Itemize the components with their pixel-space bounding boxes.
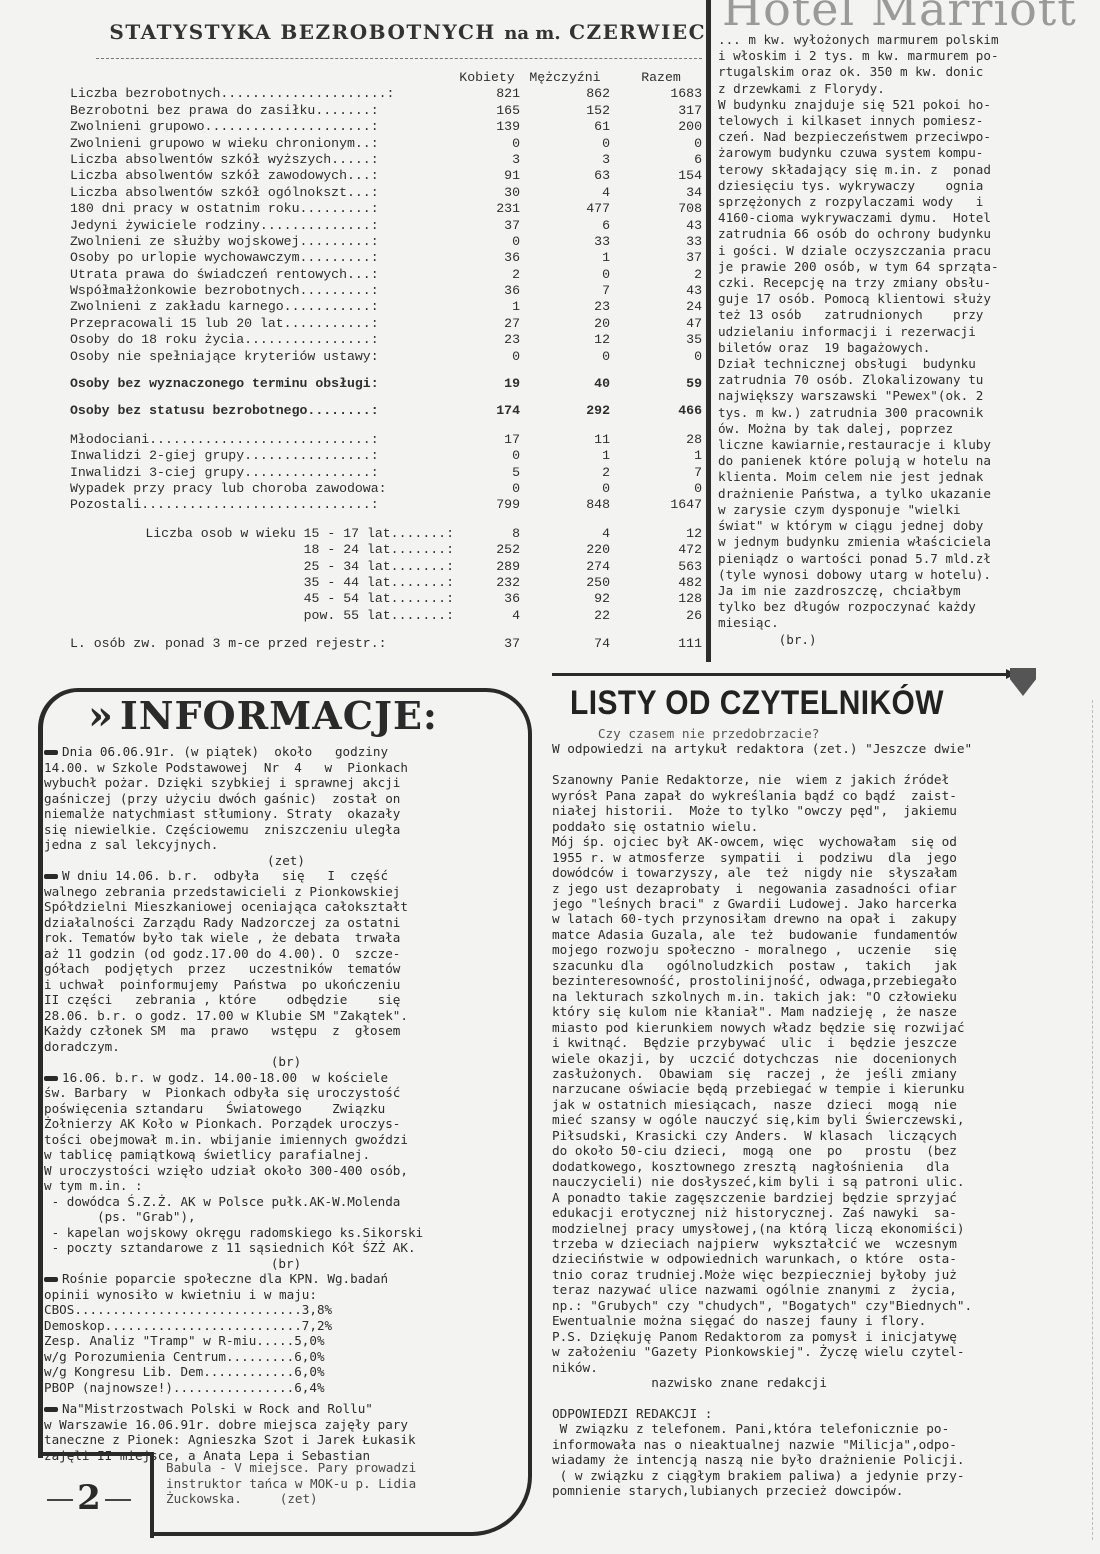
value-total: 708 xyxy=(620,201,702,217)
value-men: 1 xyxy=(520,250,620,266)
value-total: 1683 xyxy=(620,86,702,102)
value-women: 19 xyxy=(454,376,520,392)
row-label: L. osób zw. ponad 3 m-ce przed rejestr.: xyxy=(70,636,454,652)
row-label: 45 - 54 lat.......: xyxy=(70,591,454,607)
value-total: 482 xyxy=(620,575,702,591)
news-item-kpn-polls: Rośnie poparcie społeczne dla KPN. Wg.ba… xyxy=(44,1271,528,1395)
row-label: Zwolnieni z zakładu karnego...........: xyxy=(70,299,454,315)
row-label: 180 dni pracy w ostatnim roku.........: xyxy=(70,201,454,217)
stats-row: 180 dni pracy w ostatnim roku.........:2… xyxy=(70,201,702,217)
dashed-divider xyxy=(96,58,702,59)
row-label: Inwalidzi 2-giej grupy................: xyxy=(70,448,454,464)
stats-row: Utrata prawa do świadczeń rentowych...:2… xyxy=(70,267,702,283)
value-total: 472 xyxy=(620,542,702,558)
value-women: 8 xyxy=(454,526,520,542)
row-label: 25 - 34 lat.......: xyxy=(70,559,454,575)
row-label: Zwolnieni ze służby wojskowej.........: xyxy=(70,234,454,250)
page-number: 2 xyxy=(34,1478,144,1518)
value-total: 111 xyxy=(620,636,702,652)
value-women: 174 xyxy=(454,403,520,419)
value-men: 152 xyxy=(520,103,620,119)
value-total: 12 xyxy=(620,526,702,542)
value-men: 0 xyxy=(520,267,620,283)
row-label: Inwalidzi 3-ciej grupy................: xyxy=(70,465,454,481)
hotel-marriott-article: Hotel Marriott ... m kw. wyłożonych marm… xyxy=(718,0,1094,648)
stats-row: Osoby do 18 roku życia................:2… xyxy=(70,332,702,348)
value-men: 3 xyxy=(520,152,620,168)
value-women: 821 xyxy=(454,86,520,102)
editorial-reply-heading: ODPOWIEDZI REDAKCJI : xyxy=(552,1406,712,1421)
bullet-icon xyxy=(44,1277,58,1282)
value-men: 4 xyxy=(520,526,620,542)
value-men: 0 xyxy=(520,136,620,152)
value-total: 563 xyxy=(620,559,702,575)
row-label: Osoby nie spełniające kryteriów ustawy: xyxy=(70,349,454,365)
value-women: 37 xyxy=(454,218,520,234)
stats-age-row: 18 - 24 lat.......:252220472 xyxy=(70,542,702,558)
news-signature: (br) xyxy=(44,1256,528,1272)
value-total: 200 xyxy=(620,119,702,135)
row-label: Osoby po urlopie wychowawczym.........: xyxy=(70,250,454,266)
row-label: Wypadek przy pracy lub choroba zawodowa: xyxy=(70,481,454,497)
row-label: Pozostali.............................: xyxy=(70,497,454,513)
value-men: 11 xyxy=(520,432,620,448)
bullet-icon xyxy=(44,1407,58,1412)
row-label: Liczba osob w wieku 15 - 17 lat.......: xyxy=(70,526,454,542)
value-men: 292 xyxy=(520,403,620,419)
news-item-cooperative-meeting: W dniu 14.06. b.r. odbyła się I część wa… xyxy=(44,868,528,1070)
value-women: 36 xyxy=(454,283,520,299)
poll-results: CBOS..............................3,8% D… xyxy=(44,1302,332,1395)
value-men: 4 xyxy=(520,185,620,201)
article-title: Hotel Marriott xyxy=(718,0,1094,26)
news-item-fire: Dnia 06.06.91r. (w piątek) około godziny… xyxy=(44,744,528,868)
row-label: pow. 55 lat.......: xyxy=(70,608,454,624)
value-total: 35 xyxy=(620,332,702,348)
value-total: 43 xyxy=(620,218,702,234)
value-men: 61 xyxy=(520,119,620,135)
value-total: 128 xyxy=(620,591,702,607)
value-total: 26 xyxy=(620,608,702,624)
double-chevron-icon: » xyxy=(88,692,114,739)
letters-heading: LISTY OD CZYTELNIKÓW xyxy=(570,684,957,723)
value-men: 274 xyxy=(520,559,620,575)
bullet-icon xyxy=(44,1076,58,1081)
stats-row: Wypadek przy pracy lub choroba zawodowa:… xyxy=(70,481,702,497)
news-item-rock-and-roll: Na"Mistrzostwach Polski w Rock and Rollu… xyxy=(44,1401,528,1463)
value-men: 1 xyxy=(520,448,620,464)
value-men: 23 xyxy=(520,299,620,315)
row-label: Przepracowali 15 lub 20 lat...........: xyxy=(70,316,454,332)
value-total: 0 xyxy=(620,481,702,497)
value-men: 63 xyxy=(520,168,620,184)
stats-row: Liczba absolwentów szkół wyższych.....:3… xyxy=(70,152,702,168)
bullet-icon xyxy=(44,874,58,879)
stats-age-row: 25 - 34 lat.......:289274563 xyxy=(70,559,702,575)
stats-age-row: 35 - 44 lat.......:232250482 xyxy=(70,575,702,591)
value-total: 1647 xyxy=(620,497,702,513)
value-women: 1 xyxy=(454,299,520,315)
value-total: 317 xyxy=(620,103,702,119)
value-women: 23 xyxy=(454,332,520,348)
row-label: Zwolnieni grupowo w wieku chronionym..: xyxy=(70,136,454,152)
row-label: Bezrobotni bez prawa do zasiłku.......: xyxy=(70,103,454,119)
value-men: 862 xyxy=(520,86,620,102)
value-women: 37 xyxy=(454,636,520,652)
value-women: 5 xyxy=(454,465,520,481)
value-women: 2 xyxy=(454,267,520,283)
value-total: 154 xyxy=(620,168,702,184)
row-label: Osoby do 18 roku życia................: xyxy=(70,332,454,348)
informacje-body: Dnia 06.06.91r. (w piątek) około godziny… xyxy=(44,744,528,1463)
value-women: 0 xyxy=(454,448,520,464)
value-women: 0 xyxy=(454,349,520,365)
column-header-total: Razem xyxy=(620,70,702,86)
stats-row: Młodociani............................:1… xyxy=(70,432,702,448)
news-signature: (br) xyxy=(44,1054,528,1070)
value-total: 7 xyxy=(620,465,702,481)
letter-subtitle: Czy czasem nie przedobrzacie? xyxy=(552,726,819,741)
stats-row: Osoby nie spełniające kryteriów ustawy:0… xyxy=(70,349,702,365)
letter-signature: nazwisko znane redakcji xyxy=(552,1375,827,1390)
stats-row: Zwolnieni ze służby wojskowej.........:0… xyxy=(70,234,702,250)
value-total: 0 xyxy=(620,136,702,152)
value-women: 252 xyxy=(454,542,520,558)
stats-row: Liczba absolwentów szkół zawodowych...:9… xyxy=(70,168,702,184)
value-men: 7 xyxy=(520,283,620,299)
stats-header-row: . Kobiety Mężczyźni Razem xyxy=(70,70,702,86)
row-label: Jedyni żywiciele rodziny..............: xyxy=(70,218,454,234)
value-men: 477 xyxy=(520,201,620,217)
value-total: 24 xyxy=(620,299,702,315)
shield-icon xyxy=(1010,668,1036,696)
row-label: Osoby bez statusu bezrobotnego........: xyxy=(70,403,454,419)
value-men: 848 xyxy=(520,497,620,513)
article-body: ... m kw. wyłożonych marmurem polskim i … xyxy=(718,32,1094,648)
value-women: 139 xyxy=(454,119,520,135)
stats-age-row: Liczba osob w wieku 15 - 17 lat.......:8… xyxy=(70,526,702,542)
value-total: 6 xyxy=(620,152,702,168)
value-total: 33 xyxy=(620,234,702,250)
article-signature xyxy=(718,632,779,647)
row-label: Liczba absolwentów szkół zawodowych...: xyxy=(70,168,454,184)
stats-row: Bezrobotni bez prawa do zasiłku.......:1… xyxy=(70,103,702,119)
stats-row: Zwolnieni grupowo w wieku chronionym..:0… xyxy=(70,136,702,152)
column-header-men: Mężczyźni xyxy=(520,70,620,86)
value-men: 22 xyxy=(520,608,620,624)
value-women: 231 xyxy=(454,201,520,217)
value-women: 30 xyxy=(454,185,520,201)
stats-row-no-term: Osoby bez wyznaczonego terminu obsługi:1… xyxy=(70,376,702,392)
row-label: Liczba absolwentów szkół ogólnokszt...: xyxy=(70,185,454,201)
stats-row: Osoby po urlopie wychowawczym.........:3… xyxy=(70,250,702,266)
value-men: 33 xyxy=(520,234,620,250)
value-women: 3 xyxy=(454,152,520,168)
value-men: 220 xyxy=(520,542,620,558)
row-label: 18 - 24 lat.......: xyxy=(70,542,454,558)
value-women: 0 xyxy=(454,136,520,152)
value-women: 17 xyxy=(454,432,520,448)
value-women: 4 xyxy=(454,608,520,624)
value-men: 74 xyxy=(520,636,620,652)
column-divider xyxy=(706,0,711,662)
value-men: 40 xyxy=(520,376,620,392)
value-women: 0 xyxy=(454,481,520,497)
row-label: Młodociani............................: xyxy=(70,432,454,448)
value-total: 28 xyxy=(620,432,702,448)
news-signature: (zet) xyxy=(44,853,528,869)
stats-row: Liczba absolwentów szkół ogólnokszt...:3… xyxy=(70,185,702,201)
value-total: 43 xyxy=(620,283,702,299)
row-label: Osoby bez wyznaczonego terminu obsługi: xyxy=(70,376,454,392)
value-women: 0 xyxy=(454,234,520,250)
value-women: 36 xyxy=(454,591,520,607)
column-header-women: Kobiety xyxy=(454,70,520,86)
stats-row-registration: L. osób zw. ponad 3 m-ce przed rejestr.:… xyxy=(70,636,702,652)
value-men: 2 xyxy=(520,465,620,481)
arrow-rule xyxy=(552,673,1008,676)
value-men: 20 xyxy=(520,316,620,332)
row-label: Liczba bezrobotnych.....................… xyxy=(70,86,454,102)
value-men: 250 xyxy=(520,575,620,591)
letters-body: Czy czasem nie przedobrzacie? W odpowied… xyxy=(552,726,1097,1499)
value-women: 799 xyxy=(454,497,520,513)
stats-row: Jedyni żywiciele rodziny..............:3… xyxy=(70,218,702,234)
value-total: 466 xyxy=(620,403,702,419)
stats-row: Zwolnieni grupowo.....................:1… xyxy=(70,119,702,135)
stats-age-row: pow. 55 lat.......:42226 xyxy=(70,608,702,624)
informacje-heading: »INFORMACJE: xyxy=(88,692,528,739)
letter-lead: W odpowiedzi na artykuł redaktora (zet.)… xyxy=(552,741,972,756)
rock-and-roll-continued: Babula - V miejsce. Pary prowadzi instru… xyxy=(166,1460,506,1507)
value-total: 34 xyxy=(620,185,702,201)
value-men: 92 xyxy=(520,591,620,607)
value-men: 12 xyxy=(520,332,620,348)
stats-row: Pozostali.............................:7… xyxy=(70,497,702,513)
bullet-icon xyxy=(44,750,58,755)
value-women: 91 xyxy=(454,168,520,184)
value-total: 1 xyxy=(620,448,702,464)
value-women: 27 xyxy=(454,316,520,332)
stats-title: STATYSTYKA BEZROBOTNYCH na m. CZERWIEC xyxy=(90,20,706,44)
value-women: 289 xyxy=(454,559,520,575)
value-total: 47 xyxy=(620,316,702,332)
row-label: Liczba absolwentów szkół wyższych.....: xyxy=(70,152,454,168)
value-women: 165 xyxy=(454,103,520,119)
row-label: Utrata prawa do świadczeń rentowych...: xyxy=(70,267,454,283)
value-total: 37 xyxy=(620,250,702,266)
letter-text: Szanowny Panie Redaktorze, nie wiem z ja… xyxy=(552,772,972,1374)
stats-table: . Kobiety Mężczyźni Razem Liczba bezrobo… xyxy=(70,70,702,653)
row-label: 35 - 44 lat.......: xyxy=(70,575,454,591)
value-men: 0 xyxy=(520,481,620,497)
value-total: 0 xyxy=(620,349,702,365)
stats-row: Współmałżonkowie bezrobotnych.........:3… xyxy=(70,283,702,299)
value-women: 36 xyxy=(454,250,520,266)
stats-row: Inwalidzi 2-giej grupy................:0… xyxy=(70,448,702,464)
stats-age-row: 45 - 54 lat.......:3692128 xyxy=(70,591,702,607)
stats-row: Liczba bezrobotnych.....................… xyxy=(70,86,702,102)
news-item-banner-ceremony: 16.06. b.r. w godz. 14.00-18.00 w koście… xyxy=(44,1070,528,1272)
editorial-reply: W związku z telefonem. Pani,która telefo… xyxy=(552,1421,964,1498)
value-men: 6 xyxy=(520,218,620,234)
stats-row: Zwolnieni z zakładu karnego...........:1… xyxy=(70,299,702,315)
stats-row: Przepracowali 15 lub 20 lat...........:2… xyxy=(70,316,702,332)
value-women: 232 xyxy=(454,575,520,591)
stats-row: Inwalidzi 3-ciej grupy................:5… xyxy=(70,465,702,481)
value-total: 2 xyxy=(620,267,702,283)
stats-row-no-status: Osoby bez statusu bezrobotnego........:1… xyxy=(70,403,702,419)
value-men: 0 xyxy=(520,349,620,365)
newspaper-page: STATYSTYKA BEZROBOTNYCH na m. CZERWIEC .… xyxy=(0,0,1100,1554)
value-total: 59 xyxy=(620,376,702,392)
row-label: Współmałżonkowie bezrobotnych.........: xyxy=(70,283,454,299)
row-label: Zwolnieni grupowo.....................: xyxy=(70,119,454,135)
